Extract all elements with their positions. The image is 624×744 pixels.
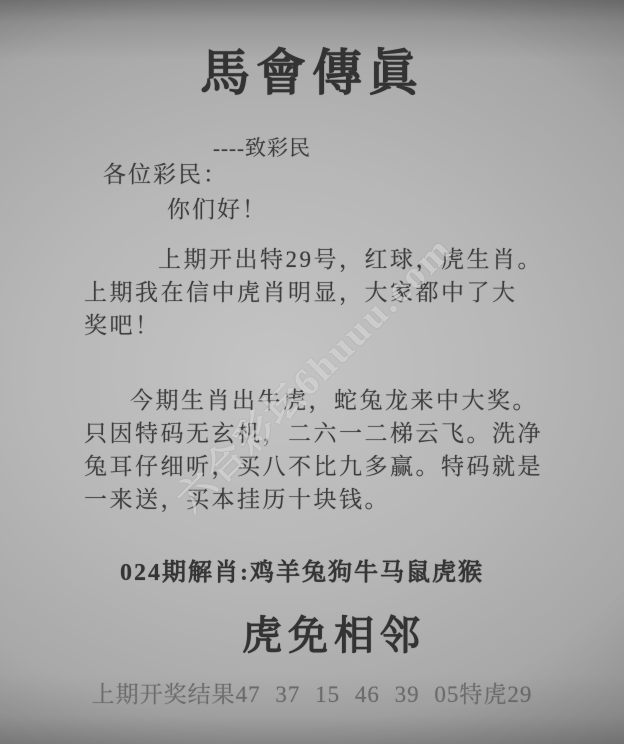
last-draw-result-line: 上期开奖结果47 37 15 46 39 05特虎29 — [0, 679, 624, 711]
last-draw-label: 上期开奖结果 — [92, 682, 236, 707]
dedication-line: ----致彩民 — [213, 134, 311, 162]
last-draw-numbers: 47 37 15 46 39 05 — [236, 682, 460, 707]
paragraph-line: 今期生肖出牛虎，蛇兔龙来中大奖。 — [84, 384, 549, 417]
paragraph-line: 一来送，买本挂历十块钱。 — [84, 483, 549, 516]
paragraph-previous-draw: 上期开出特29号，红球，虎生肖。 上期我在信中虎肖明显，大家都中了大 奖吧！ — [84, 243, 549, 342]
last-draw-special: 特虎29 — [459, 682, 532, 707]
salutation-line: 各位彩民： — [103, 160, 228, 190]
paragraph-line: 兔耳仔细听，买八不比九多赢。特码就是 — [84, 450, 549, 483]
paragraph-line: 上期开出特29号，红球，虎生肖。 — [84, 243, 549, 276]
paragraph-line: 只因特码无玄机，二六一二梯云飞。洗净 — [84, 417, 549, 450]
issue-zodiac-line: 024期解肖:鸡羊兔狗牛马鼠虎猴 — [0, 556, 614, 590]
paragraph-current-tip: 今期生肖出牛虎，蛇兔龙来中大奖。 只因特码无玄机，二六一二梯云飞。洗净 兔耳仔细… — [84, 384, 549, 516]
paragraph-line: 上期我在信中虎肖明显，大家都中了大 — [84, 276, 549, 309]
fax-letter-page: 馬會傳眞 ----致彩民 各位彩民： 你们好！ 上期开出特29号，红球，虎生肖。… — [0, 0, 624, 744]
tip-hint-text: 虎免相邻 — [22, 610, 624, 662]
greeting-line: 你们好！ — [167, 195, 267, 225]
page-title: 馬會傳眞 — [0, 38, 624, 108]
paragraph-line: 奖吧！ — [84, 309, 549, 342]
